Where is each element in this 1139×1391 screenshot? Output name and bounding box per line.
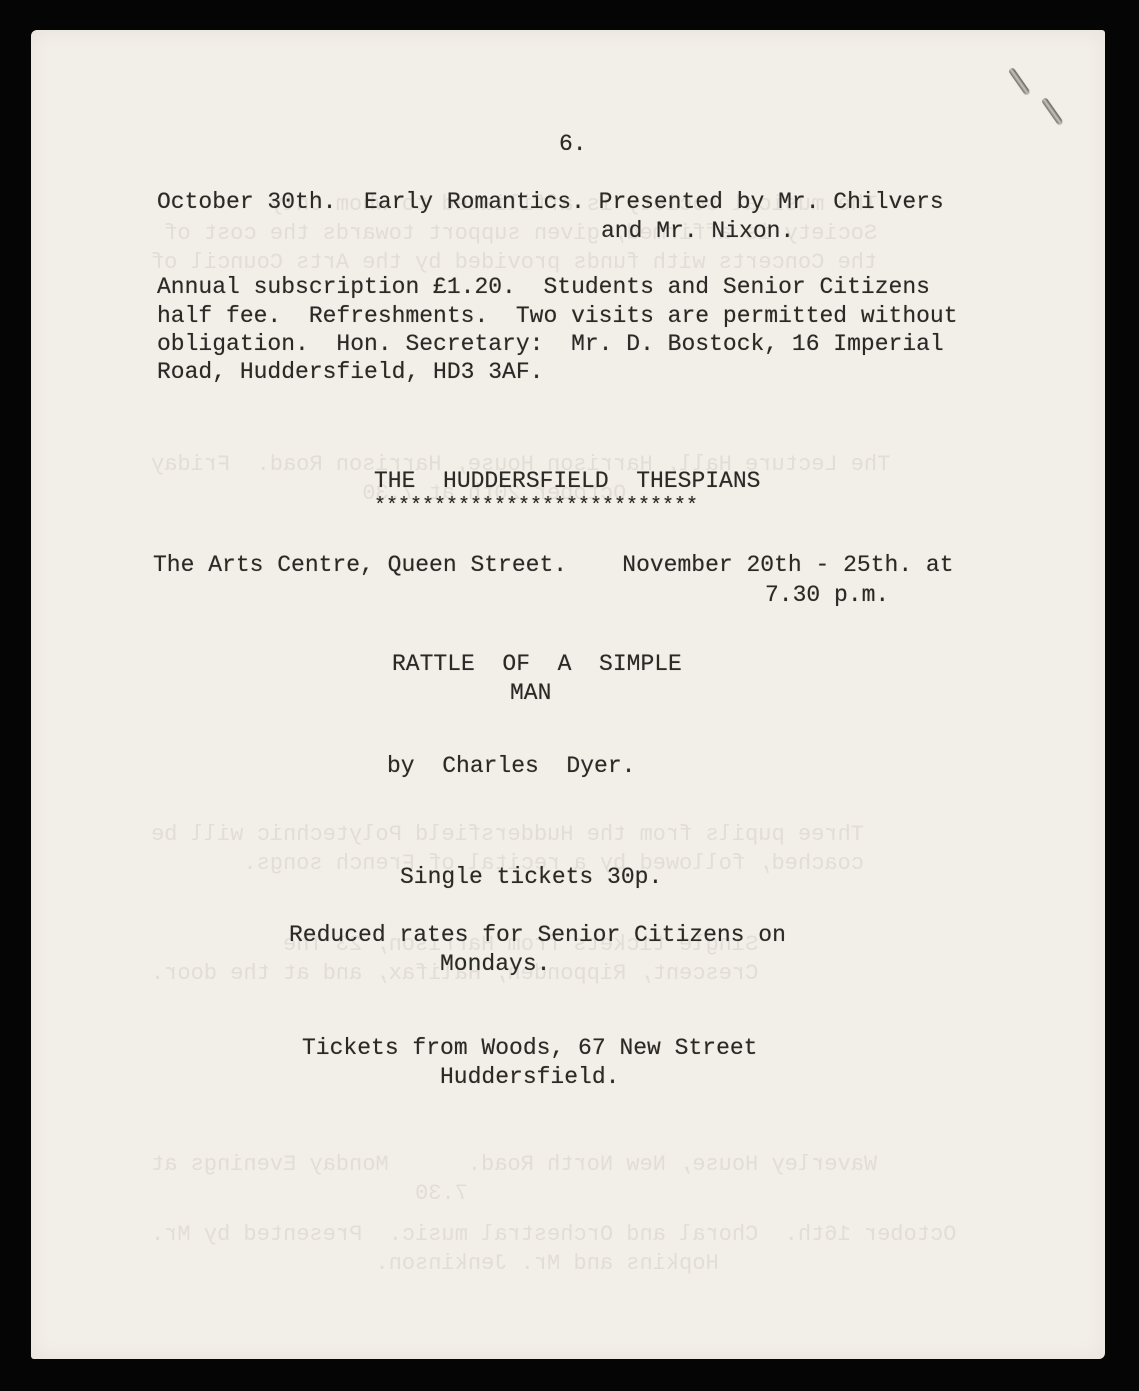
membership-line: Road, Huddersfield, HD3 3AF. bbox=[157, 358, 543, 387]
membership-line: half fee. Refreshments. Two visits are p… bbox=[157, 302, 958, 331]
venue-line: The Arts Centre, Queen Street. November … bbox=[153, 551, 954, 580]
entry-line: October 30th. Early Romantics. Presented… bbox=[157, 188, 944, 217]
page-number: 6. bbox=[559, 130, 587, 159]
venue-time: 7.30 p.m. bbox=[765, 581, 889, 610]
ticket-price: Single tickets 30p. bbox=[400, 863, 662, 892]
reduced-rates: Reduced rates for Senior Citizens on bbox=[289, 921, 786, 950]
bleed-through-text: Waverley House, New North Road. Monday E… bbox=[151, 1150, 877, 1208]
reduced-rates: Mondays. bbox=[440, 950, 550, 979]
play-title: RATTLE OF A SIMPLE bbox=[392, 650, 682, 679]
ticket-outlet: Huddersfield. bbox=[440, 1063, 619, 1092]
ticket-outlet: Tickets from Woods, 67 New Street bbox=[302, 1034, 757, 1063]
entry-line: and Mr. Nixon. bbox=[601, 217, 794, 246]
play-author: by Charles Dyer. bbox=[387, 752, 635, 781]
staple-icon bbox=[1041, 97, 1063, 125]
heading-underline: *************************** bbox=[374, 492, 698, 521]
membership-line: obligation. Hon. Secretary: Mr. D. Bosto… bbox=[157, 330, 944, 359]
document-page: The musical society is affiliated to who… bbox=[31, 30, 1105, 1359]
play-title: MAN bbox=[510, 679, 551, 708]
bleed-through-text: October 16th. Choral and Orchestral musi… bbox=[151, 1220, 956, 1278]
staple-icon bbox=[1008, 67, 1030, 95]
membership-line: Annual subscription £1.20. Students and … bbox=[157, 273, 930, 302]
